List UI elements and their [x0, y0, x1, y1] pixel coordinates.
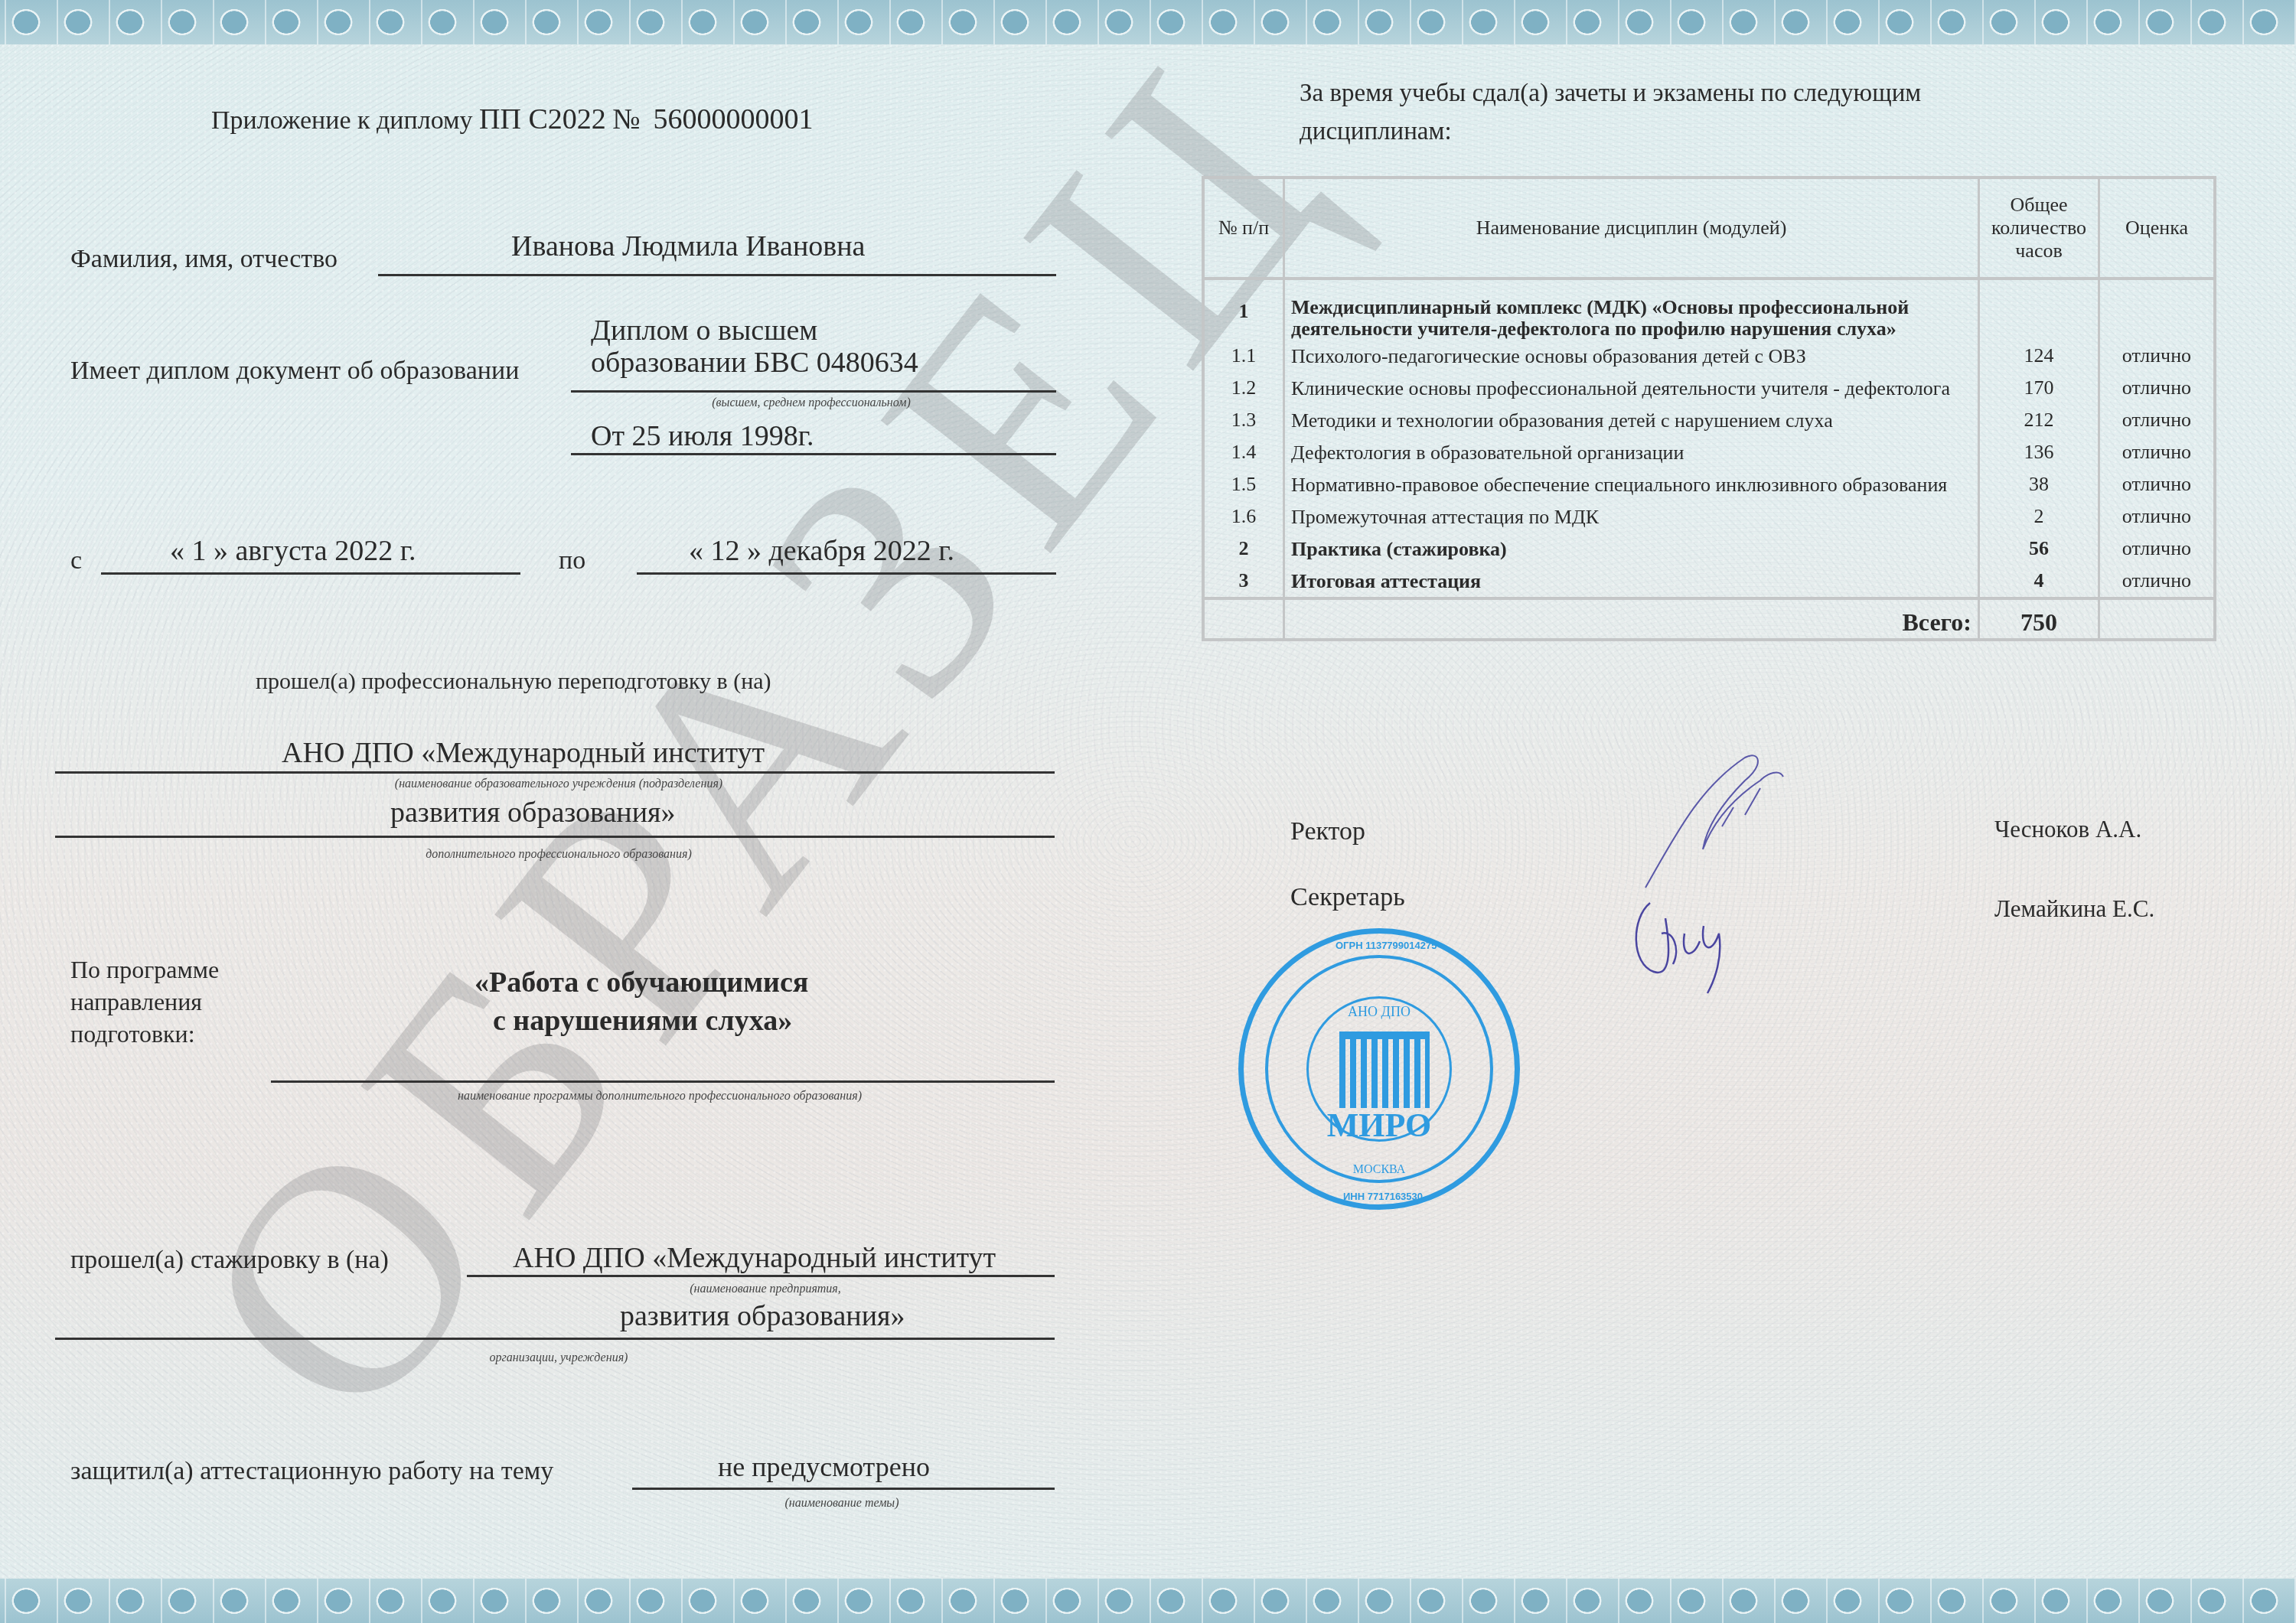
table-row: 1.1 Психолого-педагогические основы обра… — [1203, 340, 2215, 372]
rector-name: Чесноков А.А. — [1994, 816, 2141, 843]
institution-hint-2: дополнительного профессионального образо… — [426, 848, 692, 862]
internship-line1: АНО ДПО «Международный институт — [513, 1241, 996, 1275]
internship-hint-2: организации, учреждения) — [490, 1351, 628, 1365]
internship-label: прошел(а) стажировку в (на) — [70, 1246, 389, 1275]
supplement-title: Приложение к диплому ПП С2022 № 56000000… — [211, 103, 814, 136]
table-row: 1.3 Методики и технологии образования де… — [1203, 404, 2215, 436]
internship-underline-2 — [55, 1338, 1055, 1340]
period-from-value: « 1 » августа 2022 г. — [170, 534, 416, 568]
institution-seal: ОГРН 1137799014275 ИНН 7717163530 АНО ДП… — [1238, 928, 1520, 1210]
header-discipline: Наименование дисциплин (модулей) — [1284, 178, 1979, 279]
header-number: № п/п — [1203, 178, 1284, 279]
total-label: Всего: — [1284, 598, 1979, 640]
program-line1: «Работа с обучающимися — [475, 966, 808, 999]
intro-line2: дисциплинам: — [1300, 118, 1452, 146]
seal-ogrn: ОГРН 1137799014275 — [1336, 940, 1437, 951]
seal-abbr: МИРО — [1327, 1106, 1432, 1145]
institution-hint-1: (наименование образовательного учреждени… — [395, 777, 722, 791]
table-header-row: № п/п Наименование дисциплин (модулей) О… — [1203, 178, 2215, 279]
prior-doc-hint: (высшем, среднем профессиональном) — [712, 396, 910, 410]
period-from-underline — [101, 572, 520, 575]
program-underline — [271, 1080, 1055, 1083]
institution-line2: развития образования» — [390, 796, 676, 829]
building-icon — [1339, 1031, 1430, 1108]
secretary-label: Секретарь — [1290, 883, 1405, 912]
seal-inn: ИНН 7717163530 — [1343, 1191, 1423, 1202]
institution-underline-1 — [55, 771, 1055, 774]
header-hours: Общее количество часов — [1979, 178, 2099, 279]
period-to-label: по — [559, 546, 585, 575]
fio-underline — [378, 274, 1056, 276]
rector-label: Ректор — [1290, 817, 1365, 846]
thesis-hint: (наименование темы) — [784, 1497, 899, 1511]
table-total-row: Всего: 750 — [1203, 598, 2215, 640]
internship-line2: развития образования» — [620, 1299, 905, 1333]
prior-doc-label: Имеет диплом документ об образовании — [70, 357, 519, 386]
program-line2: с нарушениями слуха» — [493, 1004, 792, 1038]
table-row: 1.2 Клинические основы профессиональной … — [1203, 372, 2215, 404]
ornamental-border-bottom — [0, 1579, 2296, 1623]
table-row: 1.4 Дефектология в образовательной орган… — [1203, 436, 2215, 468]
prior-doc-line2: образовании БВС 0480634 — [591, 346, 918, 380]
fio-value: Иванова Людмила Ивановна — [511, 230, 865, 263]
prior-doc-line1: Диплом о высшем — [591, 314, 817, 347]
disciplines-table: № п/п Наименование дисциплин (модулей) О… — [1202, 176, 2216, 641]
seal-org-form: АНО ДПО — [1348, 1004, 1411, 1020]
internship-hint-1: (наименование предприятия, — [690, 1282, 841, 1296]
intro-line1: За время учебы сдал(а) зачеты и экзамены… — [1300, 80, 1921, 108]
table-row: 1.5 Нормативно-правовое обеспечение спец… — [1203, 468, 2215, 500]
retraining-label: прошел(а) профессиональную переподготовк… — [256, 669, 771, 695]
prior-doc-underline — [571, 390, 1056, 393]
thesis-value: не предусмотрено — [718, 1451, 930, 1483]
table-row: 3 Итоговая аттестация 4 отлично — [1203, 565, 2215, 598]
total-hours: 750 — [1979, 598, 2099, 640]
period-to-value: « 12 » декабря 2022 г. — [689, 534, 954, 568]
prior-doc-date: От 25 июля 1998г. — [591, 419, 814, 453]
table-row: 2 Практика (стажировка) 56 отлично — [1203, 533, 2215, 565]
period-from-label: с — [70, 546, 82, 575]
diploma-series: ПП С2022 — [479, 103, 606, 135]
institution-line1: АНО ДПО «Международный институт — [282, 736, 765, 770]
table-row: 1.6 Промежуточная аттестация по МДК 2 от… — [1203, 500, 2215, 533]
institution-underline-2 — [55, 836, 1055, 838]
period-to-underline — [637, 572, 1056, 575]
internship-underline-1 — [467, 1275, 1055, 1277]
secretary-name: Лемайкина Е.С. — [1994, 895, 2154, 923]
secretary-signature — [1627, 888, 1750, 995]
table-row: 1 Междисциплинарный комплекс (МДК) «Осно… — [1203, 279, 2215, 340]
diploma-number: 56000000001 — [654, 103, 814, 135]
seal-city: МОСКВА — [1353, 1163, 1406, 1177]
header-grade: Оценка — [2099, 178, 2216, 279]
thesis-label: защитил(а) аттестационную работу на тему — [70, 1457, 553, 1486]
fio-label: Фамилия, имя, отчество — [70, 245, 338, 274]
program-label: По программе направления подготовки: — [70, 953, 219, 1050]
prior-doc-date-underline — [571, 453, 1056, 455]
program-hint: наименование программы дополнительного п… — [458, 1090, 862, 1103]
rector-signature — [1630, 742, 1829, 895]
thesis-underline — [632, 1488, 1055, 1490]
